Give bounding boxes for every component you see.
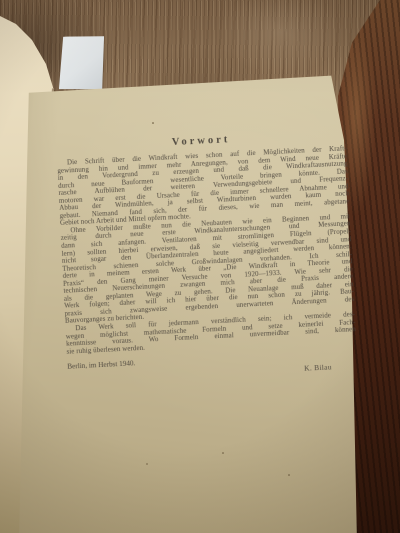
page-speck xyxy=(146,463,148,465)
page-speck xyxy=(288,474,290,476)
vorwort-paragraph-2: Ohne Vorbilder mußte nun die Neubauten w… xyxy=(60,213,355,326)
page-speck xyxy=(222,452,224,454)
bookmark-slip xyxy=(57,35,106,91)
page-speck xyxy=(152,122,154,124)
vorwort-text-block: Vorwort Die Schrift über die Windkraft w… xyxy=(56,128,358,385)
book-photo-scene: Vorwort Die Schrift über die Windkraft w… xyxy=(0,0,400,533)
